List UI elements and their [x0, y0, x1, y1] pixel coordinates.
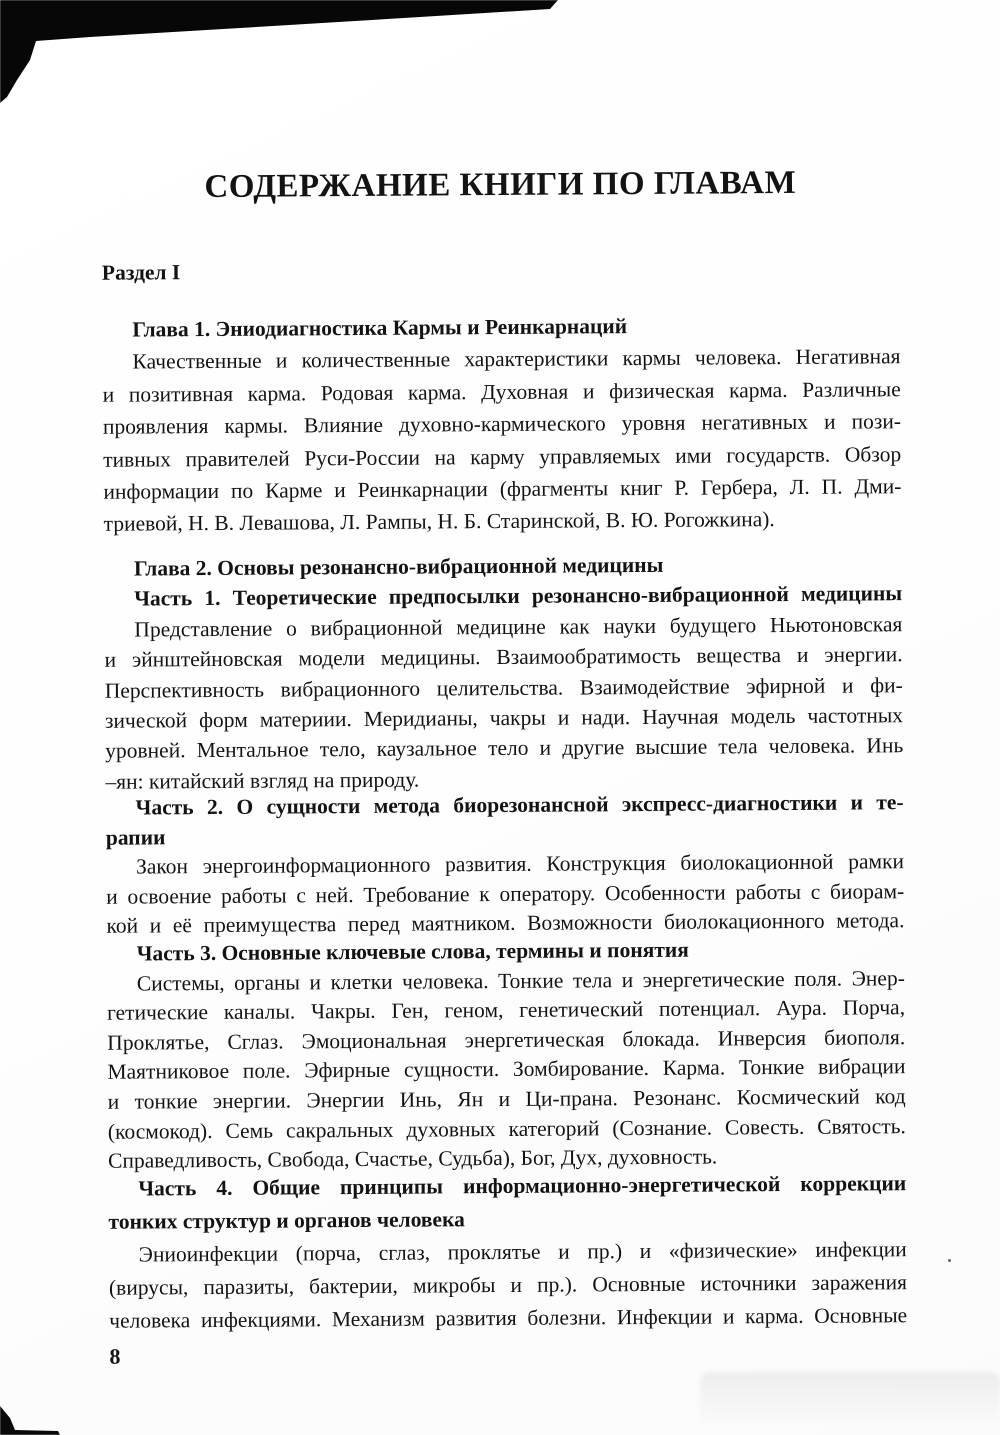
- heading-line: тонких структур и органов человека: [108, 1200, 906, 1239]
- heading-line: Раздел I: [102, 252, 900, 288]
- text-line: уровней. Ментальное тело, каузальное тел…: [105, 731, 903, 767]
- scanned-book-page: СОДЕРЖАНИЕ КНИГИ ПО ГЛАВАМ Раздел I Глав…: [0, 0, 1000, 1435]
- text-line: Качественные и количественные характерис…: [102, 341, 900, 379]
- text-line: Эниоинфекции (порча, сглаз, проклятье и …: [109, 1233, 907, 1272]
- part-3-block: Часть 3. Основные ключевые слова, термин…: [107, 934, 907, 1176]
- heading-line: Часть 4. Общие принципы информационно-эн…: [108, 1167, 906, 1206]
- section-razdel-block: Раздел I: [102, 252, 900, 288]
- page-content: СОДЕРЖАНИЕ КНИГИ ПО ГЛАВАМ Раздел I Глав…: [0, 0, 1000, 1435]
- part-2-block: Часть 2. О сущности метода биорезонансно…: [106, 788, 905, 942]
- page-number-block: 8: [109, 1336, 907, 1372]
- text-line: информации по Карме и Реинкарнации (фраг…: [103, 470, 901, 508]
- text-line: и эйнштейновская модели медицины. Взаимо…: [104, 639, 902, 675]
- text-line: (космокод). Семь сакральных духовных кат…: [108, 1112, 906, 1147]
- heading-line: Часть 2. О сущности метода биорезонансно…: [106, 788, 904, 823]
- part-4-block: Часть 4. Общие принципы информационно-эн…: [108, 1167, 907, 1338]
- text-line: проявления кармы. Влияние духовно-кармич…: [103, 405, 901, 443]
- text-line: триевой, Н. В. Левашова, Л. Рампы, Н. Б.…: [104, 503, 902, 541]
- chapter-1-block: Глава 1. Эниодиагностика Кармы и Реинкар…: [102, 308, 902, 540]
- page-title: СОДЕРЖАНИЕ КНИГИ ПО ГЛАВАМ: [101, 162, 899, 208]
- text-line: (вирусы, паразиты, бактерии, микробы и п…: [109, 1266, 907, 1305]
- text-line: человека инфекциями. Механизм развития б…: [109, 1299, 907, 1338]
- page-number: 8: [109, 1336, 907, 1372]
- chapter-2-block: Глава 2. Основы резонансно-вибрационной …: [104, 548, 904, 797]
- main-title-block: СОДЕРЖАНИЕ КНИГИ ПО ГЛАВАМ: [101, 162, 899, 208]
